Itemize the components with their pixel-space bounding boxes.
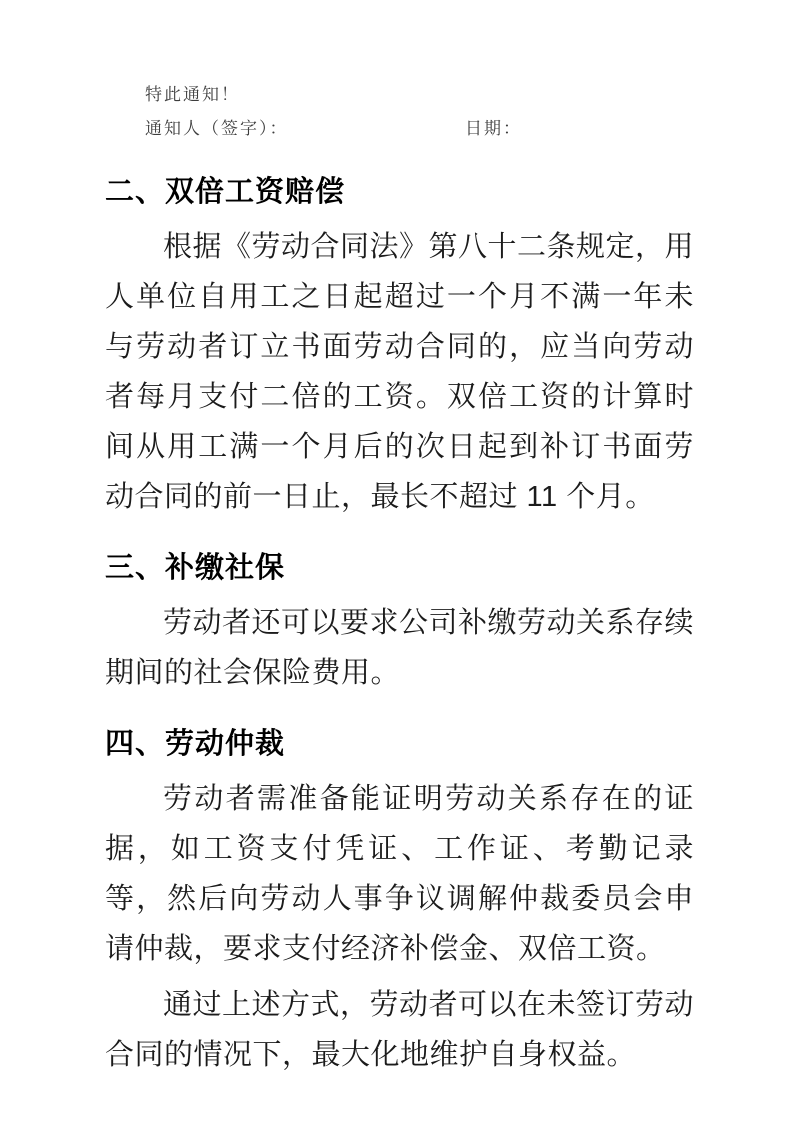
paragraph-arbitration-evidence: 劳动者需准备能证明劳动关系存在的证据，如工资支付凭证、工作证、考勤记录等，然后向… (105, 774, 694, 974)
section-heading-social-insurance: 三、补缴社保 (105, 548, 694, 588)
section-double-wage-compensation: 二、双倍工资赔偿 根据《劳动合同法》第八十二条规定，用人单位自用工之日起超过一个… (105, 172, 694, 522)
date-label: 日期： (465, 112, 522, 146)
document-page: 特此通知！ 通知人（签字）： 日期： 二、双倍工资赔偿 根据《劳动合同法》第八十… (0, 0, 800, 1131)
signer-label: 通知人（签字）： (145, 119, 289, 139)
section-heading-double-wage: 二、双倍工资赔偿 (105, 172, 694, 212)
paragraph-double-wage: 根据《劳动合同法》第八十二条规定，用人单位自用工之日起超过一个月不满一年未与劳动… (105, 222, 694, 522)
notice-closing-line: 特此通知！ (145, 78, 694, 112)
paragraph-social-insurance: 劳动者还可以要求公司补缴劳动关系存续期间的社会保险费用。 (105, 598, 694, 698)
section-social-insurance: 三、补缴社保 劳动者还可以要求公司补缴劳动关系存续期间的社会保险费用。 (105, 548, 694, 698)
closing-block: 特此通知！ 通知人（签字）： 日期： (105, 78, 694, 146)
section-heading-labor-arbitration: 四、劳动仲裁 (105, 724, 694, 764)
section-labor-arbitration: 四、劳动仲裁 劳动者需准备能证明劳动关系存在的证据，如工资支付凭证、工作证、考勤… (105, 724, 694, 1080)
paragraph-arbitration-summary: 通过上述方式，劳动者可以在未签订劳动合同的情况下，最大化地维护自身权益。 (105, 980, 694, 1080)
signature-row: 通知人（签字）： 日期： (145, 112, 694, 146)
